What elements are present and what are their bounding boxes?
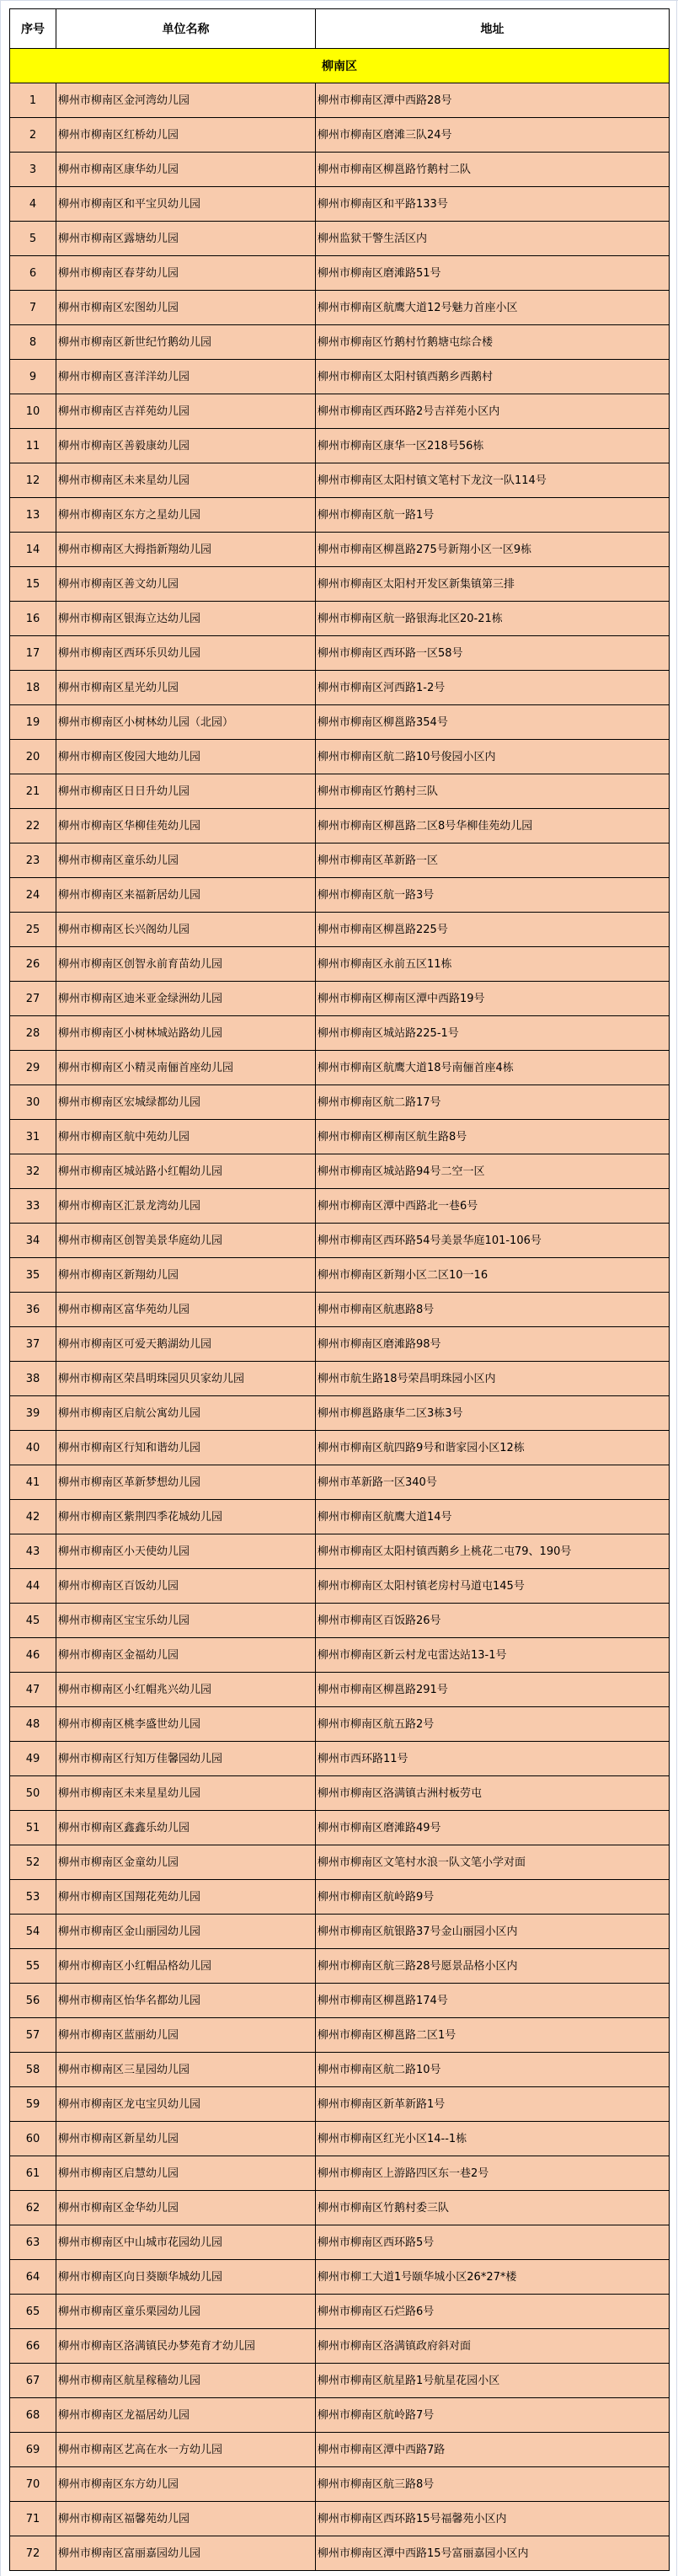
row-index[interactable]: 43	[10, 1534, 56, 1569]
row-index[interactable]: 40	[10, 1431, 56, 1465]
row-name[interactable]: 柳州市柳南区紫荆四季花城幼儿园	[56, 1500, 316, 1534]
row-name[interactable]: 柳州市柳南区小红帽品格幼儿园	[56, 1949, 316, 1984]
row-name[interactable]: 柳州市柳南区国翔花苑幼儿园	[56, 1880, 316, 1915]
table-row: 15柳州市柳南区善文幼儿园柳州市柳南区太阳村开发区新集镇第三排	[10, 567, 670, 602]
row-address[interactable]: 柳州市柳南区航鹰大道14号	[316, 1500, 670, 1534]
row-index[interactable]: 14	[10, 533, 56, 567]
row-address[interactable]: 柳州市柳南区新翔小区二区10一16	[316, 1258, 670, 1293]
row-name[interactable]: 柳州市柳南区小精灵南俪首座幼儿园	[56, 1051, 316, 1085]
row-name[interactable]: 柳州市柳南区小树林城站路幼儿园	[56, 1016, 316, 1051]
table-row: 62柳州市柳南区金华幼儿园柳州市柳南区竹鹅村委三队	[10, 2191, 670, 2225]
row-index[interactable]: 65	[10, 2295, 56, 2329]
row-name[interactable]: 柳州市柳南区新翔幼儿园	[56, 1258, 316, 1293]
row-name[interactable]: 柳州市柳南区宏图幼儿园	[56, 291, 316, 325]
row-index[interactable]: 70	[10, 2467, 56, 2502]
row-index[interactable]: 10	[10, 394, 56, 429]
row-index[interactable]: 47	[10, 1673, 56, 1707]
row-name[interactable]: 柳州市柳南区露塘幼儿园	[56, 222, 316, 256]
row-name[interactable]: 柳州市柳南区东方幼儿园	[56, 2467, 316, 2502]
table-row: 17柳州市柳南区西环乐贝幼儿园柳州市柳南区西环路一区58号	[10, 636, 670, 671]
table-row: 10柳州市柳南区吉祥苑幼儿园柳州市柳南区西环路2号吉祥苑小区内	[10, 394, 670, 429]
row-index[interactable]: 42	[10, 1500, 56, 1534]
table-row: 41柳州市柳南区革新梦想幼儿园柳州市革新路一区340号	[10, 1465, 670, 1500]
row-address[interactable]: 柳州市柳南区航一路银海北区20-21栋	[316, 602, 670, 636]
row-index[interactable]: 35	[10, 1258, 56, 1293]
row-index[interactable]: 11	[10, 429, 56, 463]
row-address[interactable]: 柳州市柳南区航二路10号	[316, 2053, 670, 2087]
table-row: 35柳州市柳南区新翔幼儿园柳州市柳南区新翔小区二区10一16	[10, 1258, 670, 1293]
row-name[interactable]: 柳州市柳南区航中苑幼儿园	[56, 1120, 316, 1154]
row-name[interactable]: 柳州市柳南区大拇指新翔幼儿园	[56, 533, 316, 567]
row-address[interactable]: 柳州市柳南区航五路2号	[316, 1707, 670, 1742]
row-address[interactable]: 柳州市柳南区磨滩路51号	[316, 256, 670, 291]
table-row: 24柳州市柳南区来福新居幼儿园柳州市柳南区航一路3号	[10, 878, 670, 913]
row-name[interactable]: 柳州市柳南区百饭幼儿园	[56, 1569, 316, 1604]
table-row: 52柳州市柳南区金童幼儿园柳州市柳南区文笔村水浪一队文笔小学对面	[10, 1845, 670, 1880]
row-index[interactable]: 52	[10, 1845, 56, 1880]
row-address[interactable]: 柳州市柳南区柳邕路二区1号	[316, 2018, 670, 2053]
row-name[interactable]: 柳州市柳南区来福新居幼儿园	[56, 878, 316, 913]
row-address[interactable]: 柳州市柳南区柳邕路225号	[316, 913, 670, 947]
row-address[interactable]: 柳州市柳南区洛满镇古洲村板劳屯	[316, 1776, 670, 1811]
row-index[interactable]: 13	[10, 498, 56, 533]
row-name[interactable]: 柳州市柳南区童乐栗园幼儿园	[56, 2295, 316, 2329]
table-row: 28柳州市柳南区小树林城站路幼儿园柳州市柳南区城站路225-1号	[10, 1016, 670, 1051]
row-index[interactable]: 17	[10, 636, 56, 671]
row-index[interactable]: 66	[10, 2329, 56, 2364]
row-index[interactable]: 5	[10, 222, 56, 256]
row-name[interactable]: 柳州市柳南区洛满镇民办梦苑育才幼儿园	[56, 2329, 316, 2364]
row-name[interactable]: 柳州市柳南区小天使幼儿园	[56, 1534, 316, 1569]
row-index[interactable]: 67	[10, 2364, 56, 2398]
row-name[interactable]: 柳州市柳南区怡华名都幼儿园	[56, 1984, 316, 2018]
row-index[interactable]: 36	[10, 1293, 56, 1327]
row-address[interactable]: 柳州市柳南区和平路133号	[316, 187, 670, 222]
row-name[interactable]: 柳州市柳南区行知和谐幼儿园	[56, 1431, 316, 1465]
row-address[interactable]: 柳州市柳南区太阳村镇文笔村下龙汶一队114号	[316, 463, 670, 498]
row-index[interactable]: 72	[10, 2536, 56, 2571]
row-name[interactable]: 柳州市柳南区东方之星幼儿园	[56, 498, 316, 533]
row-index[interactable]: 8	[10, 325, 56, 360]
row-address[interactable]: 柳州市柳南区西环路5号	[316, 2225, 670, 2260]
row-name[interactable]: 柳州市柳南区善毅康幼儿园	[56, 429, 316, 463]
row-index[interactable]: 71	[10, 2502, 56, 2536]
table-row: 39柳州市柳南区启航公寓幼儿园柳州市柳邕路康华二区3栋3号	[10, 1396, 670, 1431]
row-address[interactable]: 柳州市柳南区航三路8号	[316, 2467, 670, 2502]
table-row: 26柳州市柳南区创智永前育苗幼儿园柳州市柳南区永前五区11栋	[10, 947, 670, 982]
row-address[interactable]: 柳州市柳南区城站路225-1号	[316, 1016, 670, 1051]
table-row: 6柳州市柳南区春芽幼儿园柳州市柳南区磨滩路51号	[10, 256, 670, 291]
row-name[interactable]: 柳州市柳南区康华幼儿园	[56, 153, 316, 187]
row-address[interactable]: 柳州市柳南区柳邕路275号新翔小区一区9栋	[316, 533, 670, 567]
row-address[interactable]: 柳州市柳南区革新路一区	[316, 843, 670, 878]
row-address[interactable]: 柳州市柳南区磨滩路49号	[316, 1811, 670, 1845]
row-name[interactable]: 柳州市柳南区喜洋洋幼儿园	[56, 360, 316, 394]
row-index[interactable]: 12	[10, 463, 56, 498]
row-index[interactable]: 1	[10, 83, 56, 118]
table-row: 18柳州市柳南区星光幼儿园柳州市柳南区河西路1-2号	[10, 671, 670, 705]
section-row: 柳南区	[10, 49, 670, 83]
table-row: 69柳州市柳南区艺高在水一方幼儿园柳州市柳南区潭中西路7路	[10, 2433, 670, 2467]
row-name[interactable]: 柳州市柳南区金童幼儿园	[56, 1845, 316, 1880]
row-address[interactable]: 柳州市柳南区潭中西路7路	[316, 2433, 670, 2467]
row-address[interactable]: 柳州市柳南区新云村龙屯雷达站13-1号	[316, 1638, 670, 1673]
row-index[interactable]: 32	[10, 1154, 56, 1189]
kindergarten-table: 序号 单位名称 地址 柳南区 1柳州市柳南区金河湾幼儿园柳州市柳南区潭中西路28…	[9, 8, 670, 2571]
table-row: 16柳州市柳南区银海立达幼儿园柳州市柳南区航一路银海北区20-21栋	[10, 602, 670, 636]
table-row: 25柳州市柳南区长兴阁幼儿园柳州市柳南区柳邕路225号	[10, 913, 670, 947]
row-name[interactable]: 柳州市柳南区富丽嘉园幼儿园	[56, 2536, 316, 2571]
table-row: 34柳州市柳南区创智美景华庭幼儿园柳州市柳南区西环路54号美景华庭101-106…	[10, 1224, 670, 1258]
row-address[interactable]: 柳州市柳南区柳邕路二区8号华柳佳苑幼儿园	[316, 809, 670, 843]
table-row: 11柳州市柳南区善毅康幼儿园柳州市柳南区康华一区218号56栋	[10, 429, 670, 463]
row-address[interactable]: 柳州市柳南区柳邕路291号	[316, 1673, 670, 1707]
table-row: 49柳州市柳南区行知万佳馨园幼儿园柳州市西环路11号	[10, 1742, 670, 1776]
table-row: 20柳州市柳南区俊园大地幼儿园柳州市柳南区航二路10号俊园小区内	[10, 740, 670, 774]
row-index[interactable]: 41	[10, 1465, 56, 1500]
row-index[interactable]: 64	[10, 2260, 56, 2295]
table-row: 72柳州市柳南区富丽嘉园幼儿园柳州市柳南区潭中西路15号富丽嘉园小区内	[10, 2536, 670, 2571]
row-address[interactable]: 柳州市柳南区航二路10号俊园小区内	[316, 740, 670, 774]
row-name[interactable]: 柳州市柳南区汇景龙湾幼儿园	[56, 1189, 316, 1224]
row-name[interactable]: 柳州市柳南区艺高在水一方幼儿园	[56, 2433, 316, 2467]
row-index[interactable]: 29	[10, 1051, 56, 1085]
table-row: 9柳州市柳南区喜洋洋幼儿园柳州市柳南区太阳村镇西鹅乡西鹅村	[10, 360, 670, 394]
row-address[interactable]: 柳州市柳南区洛满镇政府斜对面	[316, 2329, 670, 2364]
row-name[interactable]: 柳州市柳南区行知万佳馨园幼儿园	[56, 1742, 316, 1776]
row-address[interactable]: 柳州市柳南区石烂路6号	[316, 2295, 670, 2329]
row-address[interactable]: 柳州市柳南区航一路3号	[316, 878, 670, 913]
row-address[interactable]: 柳州市柳南区航惠路8号	[316, 1293, 670, 1327]
row-name[interactable]: 柳州市柳南区小树林幼儿园（北园）	[56, 705, 316, 740]
row-address[interactable]: 柳州市柳南区百饭路26号	[316, 1604, 670, 1638]
table-row: 40柳州市柳南区行知和谐幼儿园柳州市柳南区航四路9号和谐家园小区12栋	[10, 1431, 670, 1465]
table-row: 30柳州市柳南区宏城绿都幼儿园柳州市柳南区航二路17号	[10, 1085, 670, 1120]
row-index[interactable]: 58	[10, 2053, 56, 2087]
row-address[interactable]: 柳州市革新路一区340号	[316, 1465, 670, 1500]
row-name[interactable]: 柳州市柳南区善文幼儿园	[56, 567, 316, 602]
table-row: 14柳州市柳南区大拇指新翔幼儿园柳州市柳南区柳邕路275号新翔小区一区9栋	[10, 533, 670, 567]
table-row: 42柳州市柳南区紫荆四季花城幼儿园柳州市柳南区航鹰大道14号	[10, 1500, 670, 1534]
row-index[interactable]: 22	[10, 809, 56, 843]
row-name[interactable]: 柳州市柳南区福馨苑幼儿园	[56, 2502, 316, 2536]
row-address[interactable]: 柳州市柳南区航岭路9号	[316, 1880, 670, 1915]
row-name[interactable]: 柳州市柳南区红桥幼儿园	[56, 118, 316, 153]
row-index[interactable]: 23	[10, 843, 56, 878]
row-name[interactable]: 柳州市柳南区启航公寓幼儿园	[56, 1396, 316, 1431]
row-name[interactable]: 柳州市柳南区中山城市花园幼儿园	[56, 2225, 316, 2260]
row-name[interactable]: 柳州市柳南区向日葵颐华城幼儿园	[56, 2260, 316, 2295]
row-address[interactable]: 柳州市柳南区航银路37号金山丽园小区内	[316, 1915, 670, 1949]
row-address[interactable]: 柳州市柳南区新革新路1号	[316, 2087, 670, 2122]
row-address[interactable]: 柳州市柳南区西环路15号福馨苑小区内	[316, 2502, 670, 2536]
row-address[interactable]: 柳州监狱干警生活区内	[316, 222, 670, 256]
row-address[interactable]: 柳州市柳南区城站路94号二空一区	[316, 1154, 670, 1189]
table-row: 36柳州市柳南区富华苑幼儿园柳州市柳南区航惠路8号	[10, 1293, 670, 1327]
table-row: 61柳州市柳南区启慧幼儿园柳州市柳南区上游路四区东一巷2号	[10, 2156, 670, 2191]
row-index[interactable]: 48	[10, 1707, 56, 1742]
row-address[interactable]: 柳州市柳南区竹鹅村委三队	[316, 2191, 670, 2225]
row-address[interactable]: 柳州市柳南区航岭路7号	[316, 2398, 670, 2433]
row-name[interactable]: 柳州市柳南区华柳佳苑幼儿园	[56, 809, 316, 843]
row-index[interactable]: 18	[10, 671, 56, 705]
row-address[interactable]: 柳州市柳南区西环路54号美景华庭101-106号	[316, 1224, 670, 1258]
row-address[interactable]: 柳州市柳南区柳邕路竹鹅村二队	[316, 153, 670, 187]
row-address[interactable]: 柳州市柳南区竹鹅村三队	[316, 774, 670, 809]
row-address[interactable]: 柳州市柳南区航一路1号	[316, 498, 670, 533]
row-address[interactable]: 柳州市柳邕路康华二区3栋3号	[316, 1396, 670, 1431]
row-index[interactable]: 63	[10, 2225, 56, 2260]
header-row: 序号 单位名称 地址	[10, 9, 670, 49]
row-address[interactable]: 柳州市柳南区航四路9号和谐家园小区12栋	[316, 1431, 670, 1465]
row-address[interactable]: 柳州市柳南区航二路17号	[316, 1085, 670, 1120]
row-name[interactable]: 柳州市柳南区三星园幼儿园	[56, 2053, 316, 2087]
row-address[interactable]: 柳州市柳南区竹鹅村竹鹅塘屯综合楼	[316, 325, 670, 360]
row-index[interactable]: 24	[10, 878, 56, 913]
row-name[interactable]: 柳州市柳南区宏城绿都幼儿园	[56, 1085, 316, 1120]
row-address[interactable]: 柳州市柳南区航三路28号愿景品格小区内	[316, 1949, 670, 1984]
row-index[interactable]: 56	[10, 1984, 56, 2018]
row-index[interactable]: 55	[10, 1949, 56, 1984]
table-row: 37柳州市柳南区可爱天鹅湖幼儿园柳州市柳南区磨滩路98号	[10, 1327, 670, 1362]
row-name[interactable]: 柳州市柳南区富华苑幼儿园	[56, 1293, 316, 1327]
row-address[interactable]: 柳州市柳南区潭中西路北一巷6号	[316, 1189, 670, 1224]
row-index[interactable]: 39	[10, 1396, 56, 1431]
row-name[interactable]: 柳州市柳南区龙福居幼儿园	[56, 2398, 316, 2433]
table-row: 51柳州市柳南区鑫鑫乐幼儿园柳州市柳南区磨滩路49号	[10, 1811, 670, 1845]
table-row: 57柳州市柳南区蓝丽幼儿园柳州市柳南区柳邕路二区1号	[10, 2018, 670, 2053]
table-row: 32柳州市柳南区城站路小红帽幼儿园柳州市柳南区城站路94号二空一区	[10, 1154, 670, 1189]
row-index[interactable]: 44	[10, 1569, 56, 1604]
row-index[interactable]: 21	[10, 774, 56, 809]
row-address[interactable]: 柳州市柳南区太阳村开发区新集镇第三排	[316, 567, 670, 602]
table-row: 12柳州市柳南区未来星幼儿园柳州市柳南区太阳村镇文笔村下龙汶一队114号	[10, 463, 670, 498]
row-index[interactable]: 46	[10, 1638, 56, 1673]
header-index[interactable]: 序号	[10, 9, 56, 49]
row-address[interactable]: 柳州市柳南区西环路2号吉祥苑小区内	[316, 394, 670, 429]
row-index[interactable]: 49	[10, 1742, 56, 1776]
row-name[interactable]: 柳州市柳南区鑫鑫乐幼儿园	[56, 1811, 316, 1845]
table-row: 66柳州市柳南区洛满镇民办梦苑育才幼儿园柳州市柳南区洛满镇政府斜对面	[10, 2329, 670, 2364]
table-row: 63柳州市柳南区中山城市花园幼儿园柳州市柳南区西环路5号	[10, 2225, 670, 2260]
row-address[interactable]: 柳州市柳南区柳南区潭中西路19号	[316, 982, 670, 1016]
row-name[interactable]: 柳州市柳南区金福幼儿园	[56, 1638, 316, 1673]
table-row: 44柳州市柳南区百饭幼儿园柳州市柳南区太阳村镇老房村马道屯145号	[10, 1569, 670, 1604]
row-index[interactable]: 53	[10, 1880, 56, 1915]
row-name[interactable]: 柳州市柳南区金华幼儿园	[56, 2191, 316, 2225]
row-name[interactable]: 柳州市柳南区小红帽兆兴幼儿园	[56, 1673, 316, 1707]
table-row: 19柳州市柳南区小树林幼儿园（北园）柳州市柳南区柳邕路354号	[10, 705, 670, 740]
row-index[interactable]: 37	[10, 1327, 56, 1362]
row-address[interactable]: 柳州市柳南区文笔村水浪一队文笔小学对面	[316, 1845, 670, 1880]
row-index[interactable]: 34	[10, 1224, 56, 1258]
row-name[interactable]: 柳州市柳南区春芽幼儿园	[56, 256, 316, 291]
row-address[interactable]: 柳州市柳工大道1号颐华城小区26*27*楼	[316, 2260, 670, 2295]
row-index[interactable]: 51	[10, 1811, 56, 1845]
table-row: 65柳州市柳南区童乐栗园幼儿园柳州市柳南区石烂路6号	[10, 2295, 670, 2329]
table-row: 31柳州市柳南区航中苑幼儿园柳州市柳南区柳南区航生路8号	[10, 1120, 670, 1154]
table-row: 60柳州市柳南区新星幼儿园柳州市柳南区红光小区14--1栋	[10, 2122, 670, 2156]
row-address[interactable]: 柳州市柳南区潭中西路15号富丽嘉园小区内	[316, 2536, 670, 2571]
row-name[interactable]: 柳州市柳南区俊园大地幼儿园	[56, 740, 316, 774]
row-name[interactable]: 柳州市柳南区迪米亚金绿洲幼儿园	[56, 982, 316, 1016]
row-name[interactable]: 柳州市柳南区革新梦想幼儿园	[56, 1465, 316, 1500]
row-name[interactable]: 柳州市柳南区日日升幼儿园	[56, 774, 316, 809]
row-name[interactable]: 柳州市柳南区宝宝乐幼儿园	[56, 1604, 316, 1638]
table-row: 64柳州市柳南区向日葵颐华城幼儿园柳州市柳工大道1号颐华城小区26*27*楼	[10, 2260, 670, 2295]
row-index[interactable]: 68	[10, 2398, 56, 2433]
row-address[interactable]: 柳州市柳南区潭中西路28号	[316, 83, 670, 118]
table-row: 4柳州市柳南区和平宝贝幼儿园柳州市柳南区和平路133号	[10, 187, 670, 222]
table-row: 56柳州市柳南区怡华名都幼儿园柳州市柳南区柳邕路174号	[10, 1984, 670, 2018]
row-index[interactable]: 20	[10, 740, 56, 774]
row-address[interactable]: 柳州市柳南区康华一区218号56栋	[316, 429, 670, 463]
row-address[interactable]: 柳州市柳南区柳南区航生路8号	[316, 1120, 670, 1154]
row-name[interactable]: 柳州市柳南区星光幼儿园	[56, 671, 316, 705]
row-index[interactable]: 69	[10, 2433, 56, 2467]
table-row: 45柳州市柳南区宝宝乐幼儿园柳州市柳南区百饭路26号	[10, 1604, 670, 1638]
table-row: 22柳州市柳南区华柳佳苑幼儿园柳州市柳南区柳邕路二区8号华柳佳苑幼儿园	[10, 809, 670, 843]
row-address[interactable]: 柳州市柳南区红光小区14--1栋	[316, 2122, 670, 2156]
row-index[interactable]: 61	[10, 2156, 56, 2191]
row-address[interactable]: 柳州市柳南区磨滩路98号	[316, 1327, 670, 1362]
row-index[interactable]: 62	[10, 2191, 56, 2225]
table-row: 33柳州市柳南区汇景龙湾幼儿园柳州市柳南区潭中西路北一巷6号	[10, 1189, 670, 1224]
row-name[interactable]: 柳州市柳南区可爱天鹅湖幼儿园	[56, 1327, 316, 1362]
row-address[interactable]: 柳州市柳南区航星路1号航星花园小区	[316, 2364, 670, 2398]
row-name[interactable]: 柳州市柳南区创智美景华庭幼儿园	[56, 1224, 316, 1258]
row-address[interactable]: 柳州市西环路11号	[316, 1742, 670, 1776]
header-name[interactable]: 单位名称	[56, 9, 316, 49]
row-index[interactable]: 28	[10, 1016, 56, 1051]
row-index[interactable]: 2	[10, 118, 56, 153]
row-name[interactable]: 柳州市柳南区城站路小红帽幼儿园	[56, 1154, 316, 1189]
row-index[interactable]: 38	[10, 1362, 56, 1396]
row-index[interactable]: 27	[10, 982, 56, 1016]
row-index[interactable]: 33	[10, 1189, 56, 1224]
table-row: 27柳州市柳南区迪米亚金绿洲幼儿园柳州市柳南区柳南区潭中西路19号	[10, 982, 670, 1016]
table-row: 5柳州市柳南区露塘幼儿园柳州监狱干警生活区内	[10, 222, 670, 256]
row-index[interactable]: 59	[10, 2087, 56, 2122]
row-address[interactable]: 柳州市柳南区柳邕路174号	[316, 1984, 670, 2018]
row-index[interactable]: 31	[10, 1120, 56, 1154]
row-address[interactable]: 柳州市柳南区永前五区11栋	[316, 947, 670, 982]
section-title[interactable]: 柳南区	[10, 49, 670, 83]
row-index[interactable]: 54	[10, 1915, 56, 1949]
table-row: 1柳州市柳南区金河湾幼儿园柳州市柳南区潭中西路28号	[10, 83, 670, 118]
table-row: 7柳州市柳南区宏图幼儿园柳州市柳南区航鹰大道12号魅力首座小区	[10, 291, 670, 325]
table-row: 67柳州市柳南区航星稼穑幼儿园柳州市柳南区航星路1号航星花园小区	[10, 2364, 670, 2398]
row-name[interactable]: 柳州市柳南区童乐幼儿园	[56, 843, 316, 878]
table-row: 47柳州市柳南区小红帽兆兴幼儿园柳州市柳南区柳邕路291号	[10, 1673, 670, 1707]
row-index[interactable]: 3	[10, 153, 56, 187]
row-name[interactable]: 柳州市柳南区长兴阁幼儿园	[56, 913, 316, 947]
row-address[interactable]: 柳州市柳南区航鹰大道12号魅力首座小区	[316, 291, 670, 325]
table-row: 48柳州市柳南区桃李盛世幼儿园柳州市柳南区航五路2号	[10, 1707, 670, 1742]
table-row: 53柳州市柳南区国翔花苑幼儿园柳州市柳南区航岭路9号	[10, 1880, 670, 1915]
row-name[interactable]: 柳州市柳南区蓝丽幼儿园	[56, 2018, 316, 2053]
row-index[interactable]: 19	[10, 705, 56, 740]
row-index[interactable]: 45	[10, 1604, 56, 1638]
row-name[interactable]: 柳州市柳南区创智永前育苗幼儿园	[56, 947, 316, 982]
row-index[interactable]: 25	[10, 913, 56, 947]
row-index[interactable]: 50	[10, 1776, 56, 1811]
table-row: 50柳州市柳南区未来星星幼儿园柳州市柳南区洛满镇古洲村板劳屯	[10, 1776, 670, 1811]
row-name[interactable]: 柳州市柳南区金河湾幼儿园	[56, 83, 316, 118]
table-row: 70柳州市柳南区东方幼儿园柳州市柳南区航三路8号	[10, 2467, 670, 2502]
table-row: 55柳州市柳南区小红帽品格幼儿园柳州市柳南区航三路28号愿景品格小区内	[10, 1949, 670, 1984]
row-name[interactable]: 柳州市柳南区新世纪竹鹅幼儿园	[56, 325, 316, 360]
table-row: 29柳州市柳南区小精灵南俪首座幼儿园柳州市柳南区航鹰大道18号南俪首座4栋	[10, 1051, 670, 1085]
row-address[interactable]: 柳州市柳南区太阳村镇老房村马道屯145号	[316, 1569, 670, 1604]
row-address[interactable]: 柳州市航生路18号荣昌明珠园小区内	[316, 1362, 670, 1396]
table-row: 2柳州市柳南区红桥幼儿园柳州市柳南区磨滩三队24号	[10, 118, 670, 153]
table-row: 59柳州市柳南区龙屯宝贝幼儿园柳州市柳南区新革新路1号	[10, 2087, 670, 2122]
table-row: 46柳州市柳南区金福幼儿园柳州市柳南区新云村龙屯雷达站13-1号	[10, 1638, 670, 1673]
row-address[interactable]: 柳州市柳南区西环路一区58号	[316, 636, 670, 671]
row-name[interactable]: 柳州市柳南区新星幼儿园	[56, 2122, 316, 2156]
row-name[interactable]: 柳州市柳南区和平宝贝幼儿园	[56, 187, 316, 222]
row-address[interactable]: 柳州市柳南区柳邕路354号	[316, 705, 670, 740]
table-row: 71柳州市柳南区福馨苑幼儿园柳州市柳南区西环路15号福馨苑小区内	[10, 2502, 670, 2536]
table-row: 68柳州市柳南区龙福居幼儿园柳州市柳南区航岭路7号	[10, 2398, 670, 2433]
row-index[interactable]: 4	[10, 187, 56, 222]
table-row: 8柳州市柳南区新世纪竹鹅幼儿园柳州市柳南区竹鹅村竹鹅塘屯综合楼	[10, 325, 670, 360]
row-name[interactable]: 柳州市柳南区吉祥苑幼儿园	[56, 394, 316, 429]
row-address[interactable]: 柳州市柳南区太阳村镇西鹅乡上桃花二屯79、190号	[316, 1534, 670, 1569]
row-name[interactable]: 柳州市柳南区金山丽园幼儿园	[56, 1915, 316, 1949]
row-name[interactable]: 柳州市柳南区龙屯宝贝幼儿园	[56, 2087, 316, 2122]
row-name[interactable]: 柳州市柳南区未来星幼儿园	[56, 463, 316, 498]
row-address[interactable]: 柳州市柳南区磨滩三队24号	[316, 118, 670, 153]
table-row: 13柳州市柳南区东方之星幼儿园柳州市柳南区航一路1号	[10, 498, 670, 533]
row-name[interactable]: 柳州市柳南区未来星星幼儿园	[56, 1776, 316, 1811]
row-name[interactable]: 柳州市柳南区荣昌明珠园贝贝家幼儿园	[56, 1362, 316, 1396]
row-index[interactable]: 60	[10, 2122, 56, 2156]
row-index[interactable]: 6	[10, 256, 56, 291]
row-address[interactable]: 柳州市柳南区上游路四区东一巷2号	[316, 2156, 670, 2191]
row-index[interactable]: 26	[10, 947, 56, 982]
row-address[interactable]: 柳州市柳南区太阳村镇西鹅乡西鹅村	[316, 360, 670, 394]
row-index[interactable]: 30	[10, 1085, 56, 1120]
row-index[interactable]: 7	[10, 291, 56, 325]
row-name[interactable]: 柳州市柳南区西环乐贝幼儿园	[56, 636, 316, 671]
header-address[interactable]: 地址	[316, 9, 670, 49]
table-row: 58柳州市柳南区三星园幼儿园柳州市柳南区航二路10号	[10, 2053, 670, 2087]
row-address[interactable]: 柳州市柳南区河西路1-2号	[316, 671, 670, 705]
row-name[interactable]: 柳州市柳南区启慧幼儿园	[56, 2156, 316, 2191]
table-row: 38柳州市柳南区荣昌明珠园贝贝家幼儿园柳州市航生路18号荣昌明珠园小区内	[10, 1362, 670, 1396]
row-name[interactable]: 柳州市柳南区银海立达幼儿园	[56, 602, 316, 636]
row-index[interactable]: 15	[10, 567, 56, 602]
table-row: 54柳州市柳南区金山丽园幼儿园柳州市柳南区航银路37号金山丽园小区内	[10, 1915, 670, 1949]
table-row: 21柳州市柳南区日日升幼儿园柳州市柳南区竹鹅村三队	[10, 774, 670, 809]
row-index[interactable]: 57	[10, 2018, 56, 2053]
table-row: 43柳州市柳南区小天使幼儿园柳州市柳南区太阳村镇西鹅乡上桃花二屯79、190号	[10, 1534, 670, 1569]
table-row: 23柳州市柳南区童乐幼儿园柳州市柳南区革新路一区	[10, 843, 670, 878]
row-name[interactable]: 柳州市柳南区航星稼穑幼儿园	[56, 2364, 316, 2398]
row-index[interactable]: 9	[10, 360, 56, 394]
row-index[interactable]: 16	[10, 602, 56, 636]
row-address[interactable]: 柳州市柳南区航鹰大道18号南俪首座4栋	[316, 1051, 670, 1085]
row-name[interactable]: 柳州市柳南区桃李盛世幼儿园	[56, 1707, 316, 1742]
table-row: 3柳州市柳南区康华幼儿园柳州市柳南区柳邕路竹鹅村二队	[10, 153, 670, 187]
